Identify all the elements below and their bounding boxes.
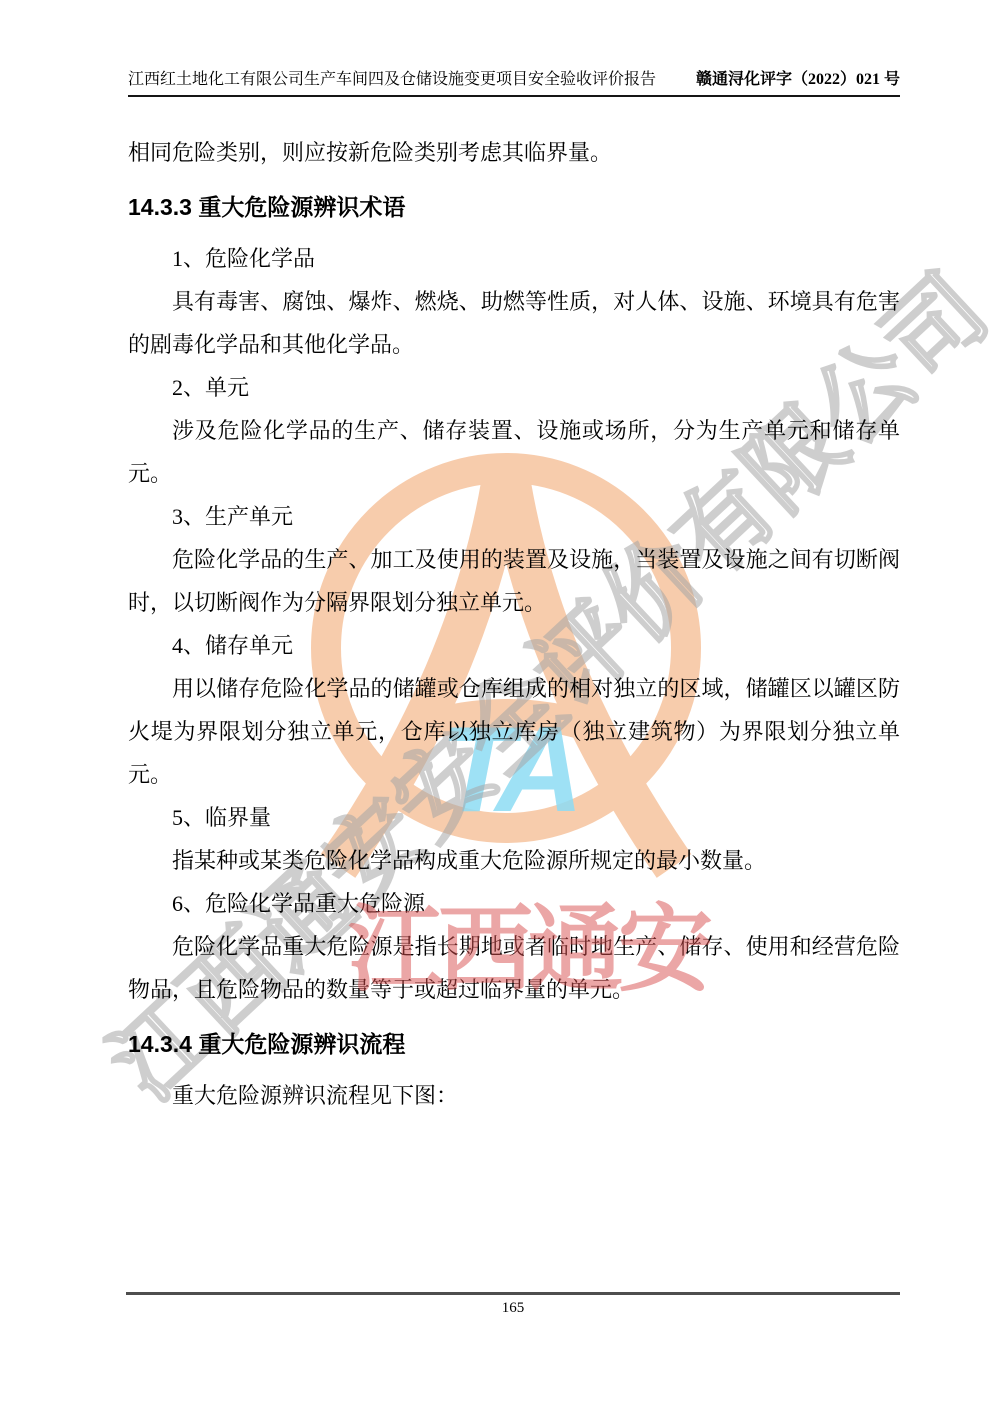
section-heading-14-3-3: 14.3.3 重大危险源辨识术语 [128,186,900,229]
list-item: 1、危险化学品 [128,237,900,280]
list-item: 2、单元 [128,366,900,409]
paragraph: 相同危险类别，则应按新危险类别考虑其临界量。 [128,131,900,174]
paragraph: 重大危险源辨识流程见下图： [128,1074,900,1117]
list-item: 6、危险化学品重大危险源 [128,882,900,925]
header-report-title: 江西红土地化工有限公司生产车间四及仓储设施变更项目安全验收评价报告 [128,68,656,92]
page-content: 江西红土地化工有限公司生产车间四及仓储设施变更项目安全验收评价报告 赣通浔化评字… [128,68,900,1117]
header-doc-number: 赣通浔化评字（2022）021 号 [696,68,900,92]
paragraph: 用以储存危险化学品的储罐或仓库组成的相对独立的区域，储罐区以罐区防火堤为界限划分… [128,667,900,796]
document-page: TA 江西通安安全评价有限公司 江西通安 江西红土地化工有限公司生产车间四及仓储… [0,0,992,1403]
list-item: 3、生产单元 [128,495,900,538]
section-heading-14-3-4: 14.3.4 重大危险源辨识流程 [128,1023,900,1066]
paragraph: 指某种或某类危险化学品构成重大危险源所规定的最小数量。 [128,839,900,882]
page-header: 江西红土地化工有限公司生产车间四及仓储设施变更项目安全验收评价报告 赣通浔化评字… [128,68,900,97]
page-footer: 165 [126,1292,900,1317]
paragraph: 危险化学品的生产、加工及使用的装置及设施，当装置及设施之间有切断阀时，以切断阀作… [128,538,900,624]
paragraph: 具有毒害、腐蚀、爆炸、燃烧、助燃等性质，对人体、设施、环境具有危害的剧毒化学品和… [128,280,900,366]
list-item: 5、临界量 [128,796,900,839]
page-number: 165 [502,1299,525,1317]
document-body: 相同危险类别，则应按新危险类别考虑其临界量。 14.3.3 重大危险源辨识术语 … [128,131,900,1117]
paragraph: 危险化学品重大危险源是指长期地或者临时地生产、储存、使用和经营危险物品，且危险物… [128,925,900,1011]
list-item: 4、储存单元 [128,624,900,667]
paragraph: 涉及危险化学品的生产、储存装置、设施或场所，分为生产单元和储存单元。 [128,409,900,495]
